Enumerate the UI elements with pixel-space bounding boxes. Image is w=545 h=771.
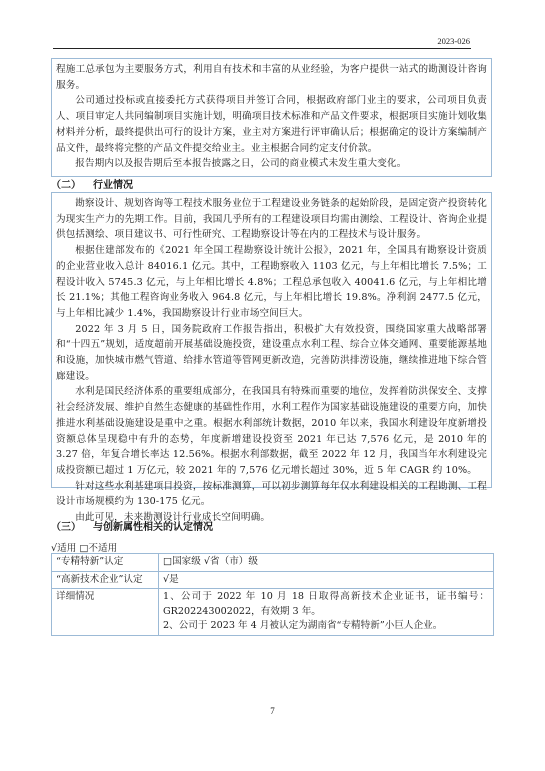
- business-model-box: 程施工总承包为主要服务方式，利用自有技术和丰富的从业经验，为客户提供一站式的勘测…: [51, 58, 492, 177]
- page-number: 7: [0, 706, 545, 716]
- paragraph: 根据住建部发布的《2021 年全国工程勘察设计统计公报》，2021 年，全国具有…: [56, 243, 487, 322]
- paragraph: 报告期内以及报告期后至本报告披露之日，公司的商业模式未发生重大变化。: [56, 156, 487, 172]
- section-heading-innovation: （三）与创新属性相关的认定情况: [51, 518, 213, 533]
- page-header-code: 2023-026: [437, 36, 470, 46]
- paragraph: 水利是国民经济体系的重要组成部分，在我国具有特殊而重要的地位，发挥着防洪保安全、…: [56, 384, 487, 478]
- applicability-checkbox-line: √适用 □不适用: [51, 540, 117, 554]
- row-label: “高新技术企业”认定: [52, 571, 159, 589]
- paragraph: 2022 年 3 月 5 日，国务院政府工作报告指出，积极扩大有效投资，围绕国家…: [56, 322, 487, 385]
- paragraph: 勘察设计、规划咨询等工程技术服务业位于工程建设业务链条的起始阶段，是固定资产投资…: [56, 196, 487, 243]
- paragraph: 公司通过投标或直接委托方式获得项目并签订合同，根据政府部门业主的要求，公司项目负…: [56, 93, 487, 156]
- section-heading-industry: （二）行业情况: [51, 176, 133, 191]
- industry-box: 勘察设计、规划咨询等工程技术服务业位于工程建设业务链条的起始阶段，是固定资产投资…: [51, 192, 492, 488]
- paragraph: 针对这些水利基建项目投资，按标准测算，可以初步测算每年仅水利建设相关的工程勘测、…: [56, 479, 487, 510]
- row-label: 详细情况: [52, 589, 159, 636]
- table-row: 详细情况 1、公司于 2022 年 10 月 18 日取得高新技术企业证书，证书…: [52, 589, 494, 636]
- paragraph: 程施工总承包为主要服务方式，利用自有技术和丰富的从业经验，为客户提供一站式的勘测…: [56, 62, 487, 93]
- detail-line: GR202243002022，有效期 3 年。: [163, 605, 489, 620]
- section-number: （三）: [51, 518, 93, 533]
- section-title: 行业情况: [93, 180, 133, 191]
- detail-line: 1、公司于 2022 年 10 月 18 日取得高新技术企业证书，证书编号：: [163, 590, 489, 605]
- row-label: “专精特新”认定: [52, 554, 159, 572]
- innovation-certification-table: “专精特新”认定 □国家级 √省（市）级 “高新技术企业”认定 √是 详细情况 …: [51, 553, 494, 636]
- row-value: √是: [159, 571, 494, 589]
- table-row: “专精特新”认定 □国家级 √省（市）级: [52, 554, 494, 572]
- section-title: 与创新属性相关的认定情况: [93, 522, 213, 533]
- detail-line: 2、公司于 2023 年 4 月被认定为湖南省“专精特新”小巨人企业。: [163, 619, 489, 634]
- section-number: （二）: [51, 176, 93, 191]
- row-value: 1、公司于 2022 年 10 月 18 日取得高新技术企业证书，证书编号： G…: [159, 589, 494, 636]
- header-rule: [53, 48, 471, 49]
- row-value: □国家级 √省（市）级: [159, 554, 494, 572]
- table-row: “高新技术企业”认定 √是: [52, 571, 494, 589]
